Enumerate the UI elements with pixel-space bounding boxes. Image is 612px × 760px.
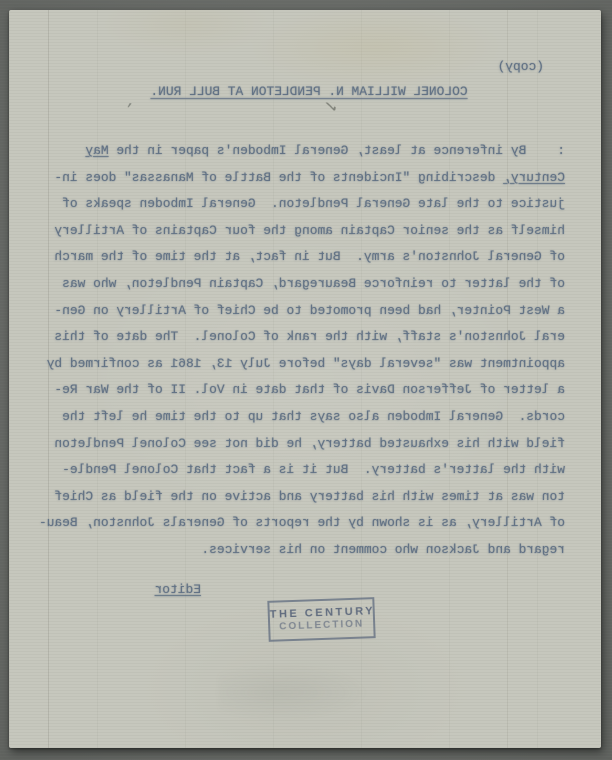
typescript-line: appointment was "several days" before Ju… (43, 351, 565, 378)
typescript-line: Century, describing "Incidents of the Ba… (43, 165, 565, 192)
paper-sheet: (copy) COLONEL WILLIAM N. PENDLETON AT B… (9, 10, 601, 748)
typescript-text: a West Pointer, had been promoted to be … (54, 303, 565, 318)
typescript-text: Editor (155, 582, 201, 597)
typescript-line: a West Pointer, had been promoted to be … (43, 298, 565, 325)
typescript-line: eral Johnston's staff, with the rank of … (43, 324, 565, 351)
typescript-text: with the latter's battery. But it is a f… (62, 462, 565, 477)
century-collection-stamp: THE CENTURY COLLECTION (267, 597, 375, 642)
copy-note: (copy) (498, 59, 544, 74)
typescript-line: : By inference at least, General Imboden… (43, 138, 565, 165)
typescript-line: regard and Jackson who comment on his se… (43, 537, 565, 564)
typescript-text: : By inference at least, General Imboden… (109, 143, 565, 158)
typescript-text: of the latter to reinforce Beauregard, C… (62, 276, 565, 291)
typescript-text: appointment was "several days" before Ju… (47, 356, 565, 371)
typescript-line: of the latter to reinforce Beauregard, C… (43, 271, 565, 298)
typescript-text: May (85, 143, 108, 158)
typescript-text: regard and Jackson who comment on his se… (201, 542, 565, 557)
typescript-text: cords. General Imboden also says that up… (62, 409, 565, 424)
typescript-text: himself as the senior Captain among the … (54, 223, 565, 238)
typescript-line: of General Johnston's army. But in fact,… (43, 244, 565, 271)
typescript-text: of General Johnston's army. But in fact,… (54, 249, 565, 264)
typescript-line: of Artillery, as is shown by the reports… (43, 510, 565, 537)
typescript-line: himself as the senior Captain among the … (43, 218, 565, 245)
typescript-text: justice to the late General Pendleton. G… (62, 196, 565, 211)
typescript-line: with the latter's battery. But it is a f… (43, 457, 565, 484)
typescript-text: field with his exhausted battery, he did… (54, 436, 565, 451)
typescript-text: ton was at times with his battery and ac… (54, 489, 565, 504)
typescript-line: field with his exhausted battery, he did… (43, 431, 565, 458)
stamp-line-2: COLLECTION (270, 618, 373, 633)
typescript-line: a letter of Jefferson Davis of that date… (43, 377, 565, 404)
typescript-text: a letter of Jefferson Davis of that date… (54, 382, 565, 397)
photo-background: { "presentation": { "note": "typewritten… (0, 0, 612, 760)
typescript-line: cords. General Imboden also says that up… (43, 404, 565, 431)
document-title: COLONEL WILLIAM N. PENDLETON AT BULL RUN… (17, 84, 601, 99)
typescript-text: describing "Incidents of the Battle of M… (54, 170, 503, 185)
typescript-body: : By inference at least, General Imboden… (43, 138, 565, 603)
typescript-text: eral Johnston's staff, with the rank of … (54, 329, 565, 344)
typescript-line: ton was at times with his battery and ac… (43, 484, 565, 511)
typescript-line: justice to the late General Pendleton. G… (43, 191, 565, 218)
typescript-text: of Artillery, as is shown by the reports… (39, 515, 565, 530)
typescript-text: Century, (503, 170, 565, 185)
